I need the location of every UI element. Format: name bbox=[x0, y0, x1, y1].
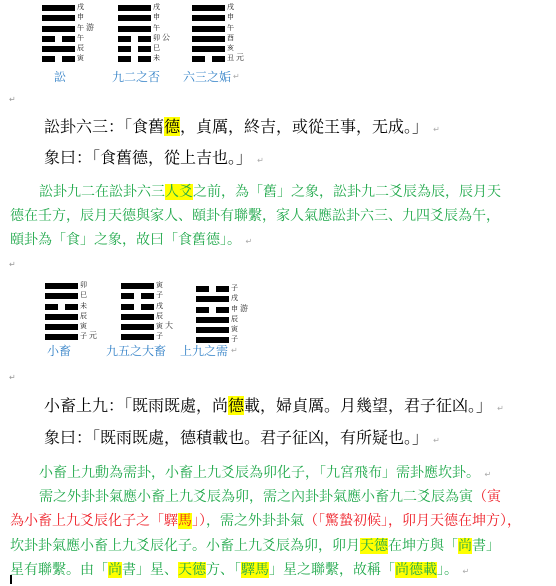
verse-song-six-three: 訟卦六三：「食舊德，貞厲，終吉，或從王事，无成。」 ↵ bbox=[44, 114, 440, 137]
yin-bar bbox=[118, 46, 131, 52]
yang-line: 戌 bbox=[118, 5, 151, 11]
highlight-ma: 馬 bbox=[178, 513, 192, 529]
yang-line: 子 bbox=[121, 334, 154, 340]
yang-line: 寅 bbox=[45, 324, 78, 330]
yang-line: 戌 bbox=[196, 296, 229, 302]
earthly-branch-label: 戌 bbox=[77, 2, 84, 12]
commentary-red-text: 為小畜上九爻辰化子之「驛 bbox=[10, 513, 178, 529]
yin-bar bbox=[192, 56, 205, 62]
commentary-red-text: （寅 bbox=[473, 489, 501, 505]
highlight-renyao: 人爻 bbox=[165, 184, 193, 200]
highlight-tiande: 天德 bbox=[360, 538, 388, 554]
earthly-branch-label: 戌 bbox=[156, 301, 163, 311]
xiang-xiaoxu-top-nine: 象曰：「既雨既處，德積載也。君子征凶，有所疑也。」 ↵ bbox=[44, 425, 440, 448]
yang-bar bbox=[118, 26, 151, 32]
line-annotation: 元 bbox=[236, 53, 244, 63]
yin-bar bbox=[118, 36, 131, 42]
line-annotation: 元 bbox=[89, 331, 97, 341]
earthly-branch-label: 戌 bbox=[153, 2, 160, 12]
yang-line: 戌 bbox=[42, 5, 75, 11]
verse-text: 載，婦貞厲。月幾望，君子征凶。」 bbox=[244, 396, 492, 415]
xiang-song-six-three: 象曰：「食舊德，從上吉也。」 ↵ bbox=[44, 145, 264, 168]
hexagram-song-to-gou: 戌申午酉亥丑元 bbox=[192, 5, 225, 67]
commentary-1-line-2: 德在壬方，辰月天德與家人、頤卦有聯繫，家人氣應訟卦六三、九四爻辰為午， bbox=[10, 205, 500, 225]
yang-bar bbox=[121, 324, 154, 330]
hexagram-xiaoxu-to-daxu: 寅子戌辰寅大子 bbox=[121, 283, 154, 345]
yang-bar bbox=[118, 15, 151, 21]
yin-line: 丑元 bbox=[192, 56, 225, 62]
earthly-branch-label: 戌 bbox=[231, 293, 238, 303]
commentary-text: ，需之外卦卦氣 bbox=[206, 513, 304, 529]
yin-bar bbox=[138, 46, 151, 52]
yin-line: 申游 bbox=[196, 307, 229, 313]
yang-bar bbox=[121, 283, 154, 289]
yin-bar bbox=[141, 304, 154, 310]
earthly-branch-label: 巳 bbox=[80, 290, 87, 300]
yang-bar bbox=[42, 26, 75, 32]
earthly-branch-label: 午 bbox=[227, 23, 234, 33]
commentary-text: 德在壬方，辰月天德與家人、頤卦有聯繫，家人氣應訟卦六三、九四爻辰為午， bbox=[10, 208, 500, 224]
yin-bar bbox=[62, 56, 75, 62]
paragraph-mark: ↵ bbox=[9, 260, 16, 269]
yang-bar bbox=[121, 314, 154, 320]
earthly-branch-label: 子 bbox=[156, 290, 163, 300]
yang-line: 巳 bbox=[45, 293, 78, 299]
yin-bar bbox=[216, 286, 229, 292]
hexagram-xiaoxu-to-xu: 子戌申游辰寅子 bbox=[196, 286, 229, 348]
yin-bar bbox=[138, 56, 151, 62]
yang-line: 酉 bbox=[192, 36, 225, 42]
yang-line: 寅 bbox=[121, 283, 154, 289]
commentary-text: 訟卦九二在訟卦六三 bbox=[39, 184, 165, 200]
earthly-branch-label: 戌 bbox=[227, 2, 234, 12]
xiang-text: 象曰：「既雨既處，德積載也。君子征凶，有所疑也。」 bbox=[44, 428, 428, 447]
highlight-shang: 尚 bbox=[108, 562, 122, 578]
line-annotation: 游 bbox=[240, 304, 248, 314]
yang-line: 申 bbox=[42, 15, 75, 21]
yang-bar bbox=[45, 334, 78, 340]
yin-bar bbox=[121, 293, 134, 299]
commentary-1-line-3: 頤卦為「食」之象，故曰「食舊德」。 ↵ bbox=[10, 229, 252, 249]
yin-bar bbox=[42, 36, 55, 42]
earthly-branch-label: 辰 bbox=[77, 43, 84, 53]
xiang-text: 象曰：「食舊德，從上吉也。」 bbox=[44, 148, 252, 167]
earthly-branch-label: 未 bbox=[153, 53, 160, 63]
yin-line: 卯公 bbox=[118, 36, 151, 42]
yang-line: 寅 bbox=[196, 327, 229, 333]
yang-bar bbox=[121, 334, 154, 340]
hexagram-label-xiaoxu: 小畜 bbox=[47, 342, 71, 359]
commentary-text: 坎卦卦氣應小畜上九爻辰化子。小畜上九爻辰為卯，卯月 bbox=[10, 538, 360, 554]
earthly-branch-label: 巳 bbox=[153, 43, 160, 53]
yin-bar bbox=[216, 307, 229, 313]
earthly-branch-label: 子 bbox=[156, 331, 163, 341]
hexagram-label-xiaoxu-to-daxu: 九五之大畜 bbox=[106, 342, 166, 359]
yin-bar bbox=[121, 304, 134, 310]
yin-line: 寅 bbox=[42, 56, 75, 62]
paragraph-mark: ↵ bbox=[9, 373, 16, 382]
commentary-2-para-2-line-4: 星有聯繫。由「尚書」星、天德方、「驛馬」星之聯繫，故稱「尚德載」。 ↵ bbox=[10, 559, 469, 579]
yin-bar bbox=[138, 36, 151, 42]
line-annotation: 大 bbox=[165, 321, 173, 331]
yang-bar bbox=[196, 327, 229, 333]
yang-bar bbox=[196, 296, 229, 302]
commentary-text: 星有聯繫。由「 bbox=[10, 562, 108, 578]
highlight-tiande: 天德 bbox=[178, 562, 206, 578]
earthly-branch-label: 卯 bbox=[153, 33, 160, 43]
earthly-branch-label: 辰 bbox=[231, 314, 238, 324]
yin-line: 戌 bbox=[121, 304, 154, 310]
hexagram-xiaoxu: 卯巳未辰寅子元 bbox=[45, 283, 78, 345]
paragraph-mark: ↵ bbox=[233, 72, 240, 81]
yin-line: 未 bbox=[45, 304, 78, 310]
hexagram-label-xiaoxu-to-xu: 上九之需 bbox=[180, 342, 228, 359]
earthly-branch-label: 申 bbox=[227, 12, 234, 22]
yin-bar bbox=[196, 286, 209, 292]
yang-line: 辰 bbox=[196, 317, 229, 323]
hexagram-label-song: 訟 bbox=[54, 68, 66, 85]
yang-line: 申 bbox=[192, 15, 225, 21]
earthly-branch-label: 申 bbox=[231, 304, 238, 314]
earthly-branch-label: 子 bbox=[80, 331, 87, 341]
yin-line: 子 bbox=[196, 286, 229, 292]
earthly-branch-label: 酉 bbox=[227, 33, 234, 43]
commentary-text: 方、「 bbox=[206, 562, 241, 578]
commentary-text: 之前，為「舊」之象，訟卦九二爻辰為辰，辰月天 bbox=[193, 184, 501, 200]
commentary-red-text: （「驚蟄初候」，卯月天德在坤方）， bbox=[304, 513, 521, 529]
paragraph-mark: ↵ bbox=[245, 237, 252, 246]
highlight-yima: 驛馬 bbox=[241, 562, 269, 578]
yang-bar bbox=[192, 26, 225, 32]
earthly-branch-label: 未 bbox=[80, 301, 87, 311]
commentary-text: 需之外卦卦氣應小畜上九爻辰為卯，需之內卦卦氣應小畜九二爻辰為寅 bbox=[39, 489, 473, 505]
yang-bar bbox=[45, 283, 78, 289]
earthly-branch-label: 寅 bbox=[231, 324, 238, 334]
yang-bar bbox=[196, 317, 229, 323]
yin-bar bbox=[118, 56, 131, 62]
yang-line: 辰 bbox=[45, 314, 78, 320]
yang-bar bbox=[42, 46, 75, 52]
yin-bar bbox=[65, 304, 78, 310]
yang-line: 戌 bbox=[192, 5, 225, 11]
highlight-shangdezai: 尚德載 bbox=[395, 562, 437, 578]
earthly-branch-label: 子 bbox=[231, 283, 238, 293]
earthly-branch-label: 午 bbox=[77, 23, 84, 33]
yin-line: 午 bbox=[42, 36, 75, 42]
yang-bar bbox=[42, 5, 75, 11]
paragraph-mark: ↵ bbox=[433, 125, 440, 134]
yang-line: 辰 bbox=[121, 314, 154, 320]
yin-bar bbox=[196, 307, 209, 313]
yin-bar bbox=[141, 293, 154, 299]
earthly-branch-label: 辰 bbox=[80, 311, 87, 321]
hexagram-label-song-to-pi: 九二之否 bbox=[112, 68, 160, 85]
highlight-shang: 尚 bbox=[458, 538, 472, 554]
text-cursor[interactable] bbox=[10, 575, 12, 584]
earthly-branch-label: 申 bbox=[77, 12, 84, 22]
commentary-text: 在坤方與「 bbox=[388, 538, 458, 554]
earthly-branch-label: 辰 bbox=[156, 311, 163, 321]
paragraph-mark: ↵ bbox=[257, 156, 264, 165]
yang-line: 午游 bbox=[42, 26, 75, 32]
yang-bar bbox=[45, 324, 78, 330]
commentary-text: 頤卦為「食」之象，故曰「食舊德」。 bbox=[10, 232, 241, 248]
yin-bar bbox=[45, 304, 58, 310]
earthly-branch-label: 申 bbox=[153, 12, 160, 22]
earthly-branch-label: 午 bbox=[153, 23, 160, 33]
earthly-branch-label: 亥 bbox=[227, 43, 234, 53]
yin-bar bbox=[62, 36, 75, 42]
paragraph-mark: ↵ bbox=[231, 346, 238, 355]
yang-line: 寅大 bbox=[121, 324, 154, 330]
paragraph-mark: ↵ bbox=[497, 404, 504, 413]
yang-line: 申 bbox=[118, 15, 151, 21]
earthly-branch-label: 午 bbox=[77, 33, 84, 43]
line-annotation: 游 bbox=[86, 23, 94, 33]
yang-bar bbox=[192, 46, 225, 52]
paragraph-mark: ↵ bbox=[484, 470, 491, 479]
yang-bar bbox=[192, 5, 225, 11]
commentary-1-line-1: 訟卦九二在訟卦六三人爻之前，為「舊」之象，訟卦九二爻辰為辰，辰月天 bbox=[39, 181, 501, 201]
paragraph-mark: ↵ bbox=[9, 95, 16, 104]
hexagram-song: 戌申午游午辰寅 bbox=[42, 5, 75, 67]
verse-xiaoxu-top-nine: 小畜上九：「既雨既處，尚德載，婦貞厲。月幾望，君子征凶。」 ↵ bbox=[44, 393, 504, 416]
earthly-branch-label: 丑 bbox=[227, 53, 234, 63]
verse-text: 訟卦六三：「食舊 bbox=[44, 117, 164, 136]
earthly-branch-label: 寅 bbox=[77, 53, 84, 63]
hexagram-label-song-to-gou: 六三之姤 bbox=[183, 68, 231, 85]
paragraph-mark: ↵ bbox=[433, 436, 440, 445]
verse-text: 小畜上九：「既雨既處，尚 bbox=[44, 396, 228, 415]
commentary-text: 小畜上九動為需卦，小畜上九爻辰為卯化子，「九宮飛布」需卦應坎卦。 bbox=[39, 465, 480, 481]
commentary-2-para-2-line-2: 為小畜上九爻辰化子之「驛馬」），需之外卦卦氣（「驚蟄初候」，卯月天德在坤方）， bbox=[10, 510, 521, 530]
earthly-branch-label: 寅 bbox=[80, 321, 87, 331]
commentary-2-para-2-line-3: 坎卦卦氣應小畜上九爻辰化子。小畜上九爻辰為卯，卯月天德在坤方與「尚書」 bbox=[10, 535, 500, 555]
yin-line: 未 bbox=[118, 56, 151, 62]
verse-text: ，貞厲，終吉，或從王事，无成。」 bbox=[180, 117, 428, 136]
highlight-de: 德 bbox=[164, 117, 180, 136]
commentary-red-text: 」） bbox=[192, 513, 206, 529]
commentary-text: 」。 bbox=[437, 562, 458, 578]
earthly-branch-label: 寅 bbox=[156, 321, 163, 331]
commentary-2-para-2-line-1: 需之外卦卦氣應小畜上九爻辰為卯，需之內卦卦氣應小畜九二爻辰為寅（寅 bbox=[39, 486, 501, 506]
earthly-branch-label: 寅 bbox=[156, 280, 163, 290]
highlight-de: 德 bbox=[228, 396, 244, 415]
yang-bar bbox=[192, 36, 225, 42]
yang-bar bbox=[192, 15, 225, 21]
yang-line: 子元 bbox=[45, 334, 78, 340]
earthly-branch-label: 卯 bbox=[80, 280, 87, 290]
yang-line: 亥 bbox=[192, 46, 225, 52]
yin-line: 巳 bbox=[118, 46, 151, 52]
yang-bar bbox=[45, 314, 78, 320]
hexagram-song-to-pi: 戌申午卯公巳未 bbox=[118, 5, 151, 67]
yin-bar bbox=[42, 56, 55, 62]
line-annotation: 公 bbox=[162, 33, 170, 43]
commentary-text: 書」星、 bbox=[122, 562, 178, 578]
yang-line: 辰 bbox=[42, 46, 75, 52]
paragraph-mark: ↵ bbox=[462, 567, 469, 576]
yang-line: 午 bbox=[192, 26, 225, 32]
yin-bar bbox=[212, 56, 225, 62]
yin-line: 子 bbox=[121, 293, 154, 299]
yang-bar bbox=[45, 293, 78, 299]
commentary-text: 書」 bbox=[472, 538, 500, 554]
earthly-branch-label: 子 bbox=[231, 334, 238, 344]
yang-bar bbox=[118, 5, 151, 11]
yang-line: 卯 bbox=[45, 283, 78, 289]
yang-bar bbox=[42, 15, 75, 21]
commentary-text: 」星之聯繫，故稱「 bbox=[269, 562, 395, 578]
commentary-2-para-1: 小畜上九動為需卦，小畜上九爻辰為卯化子，「九宮飛布」需卦應坎卦。 ↵ bbox=[39, 462, 491, 482]
yang-line: 午 bbox=[118, 26, 151, 32]
